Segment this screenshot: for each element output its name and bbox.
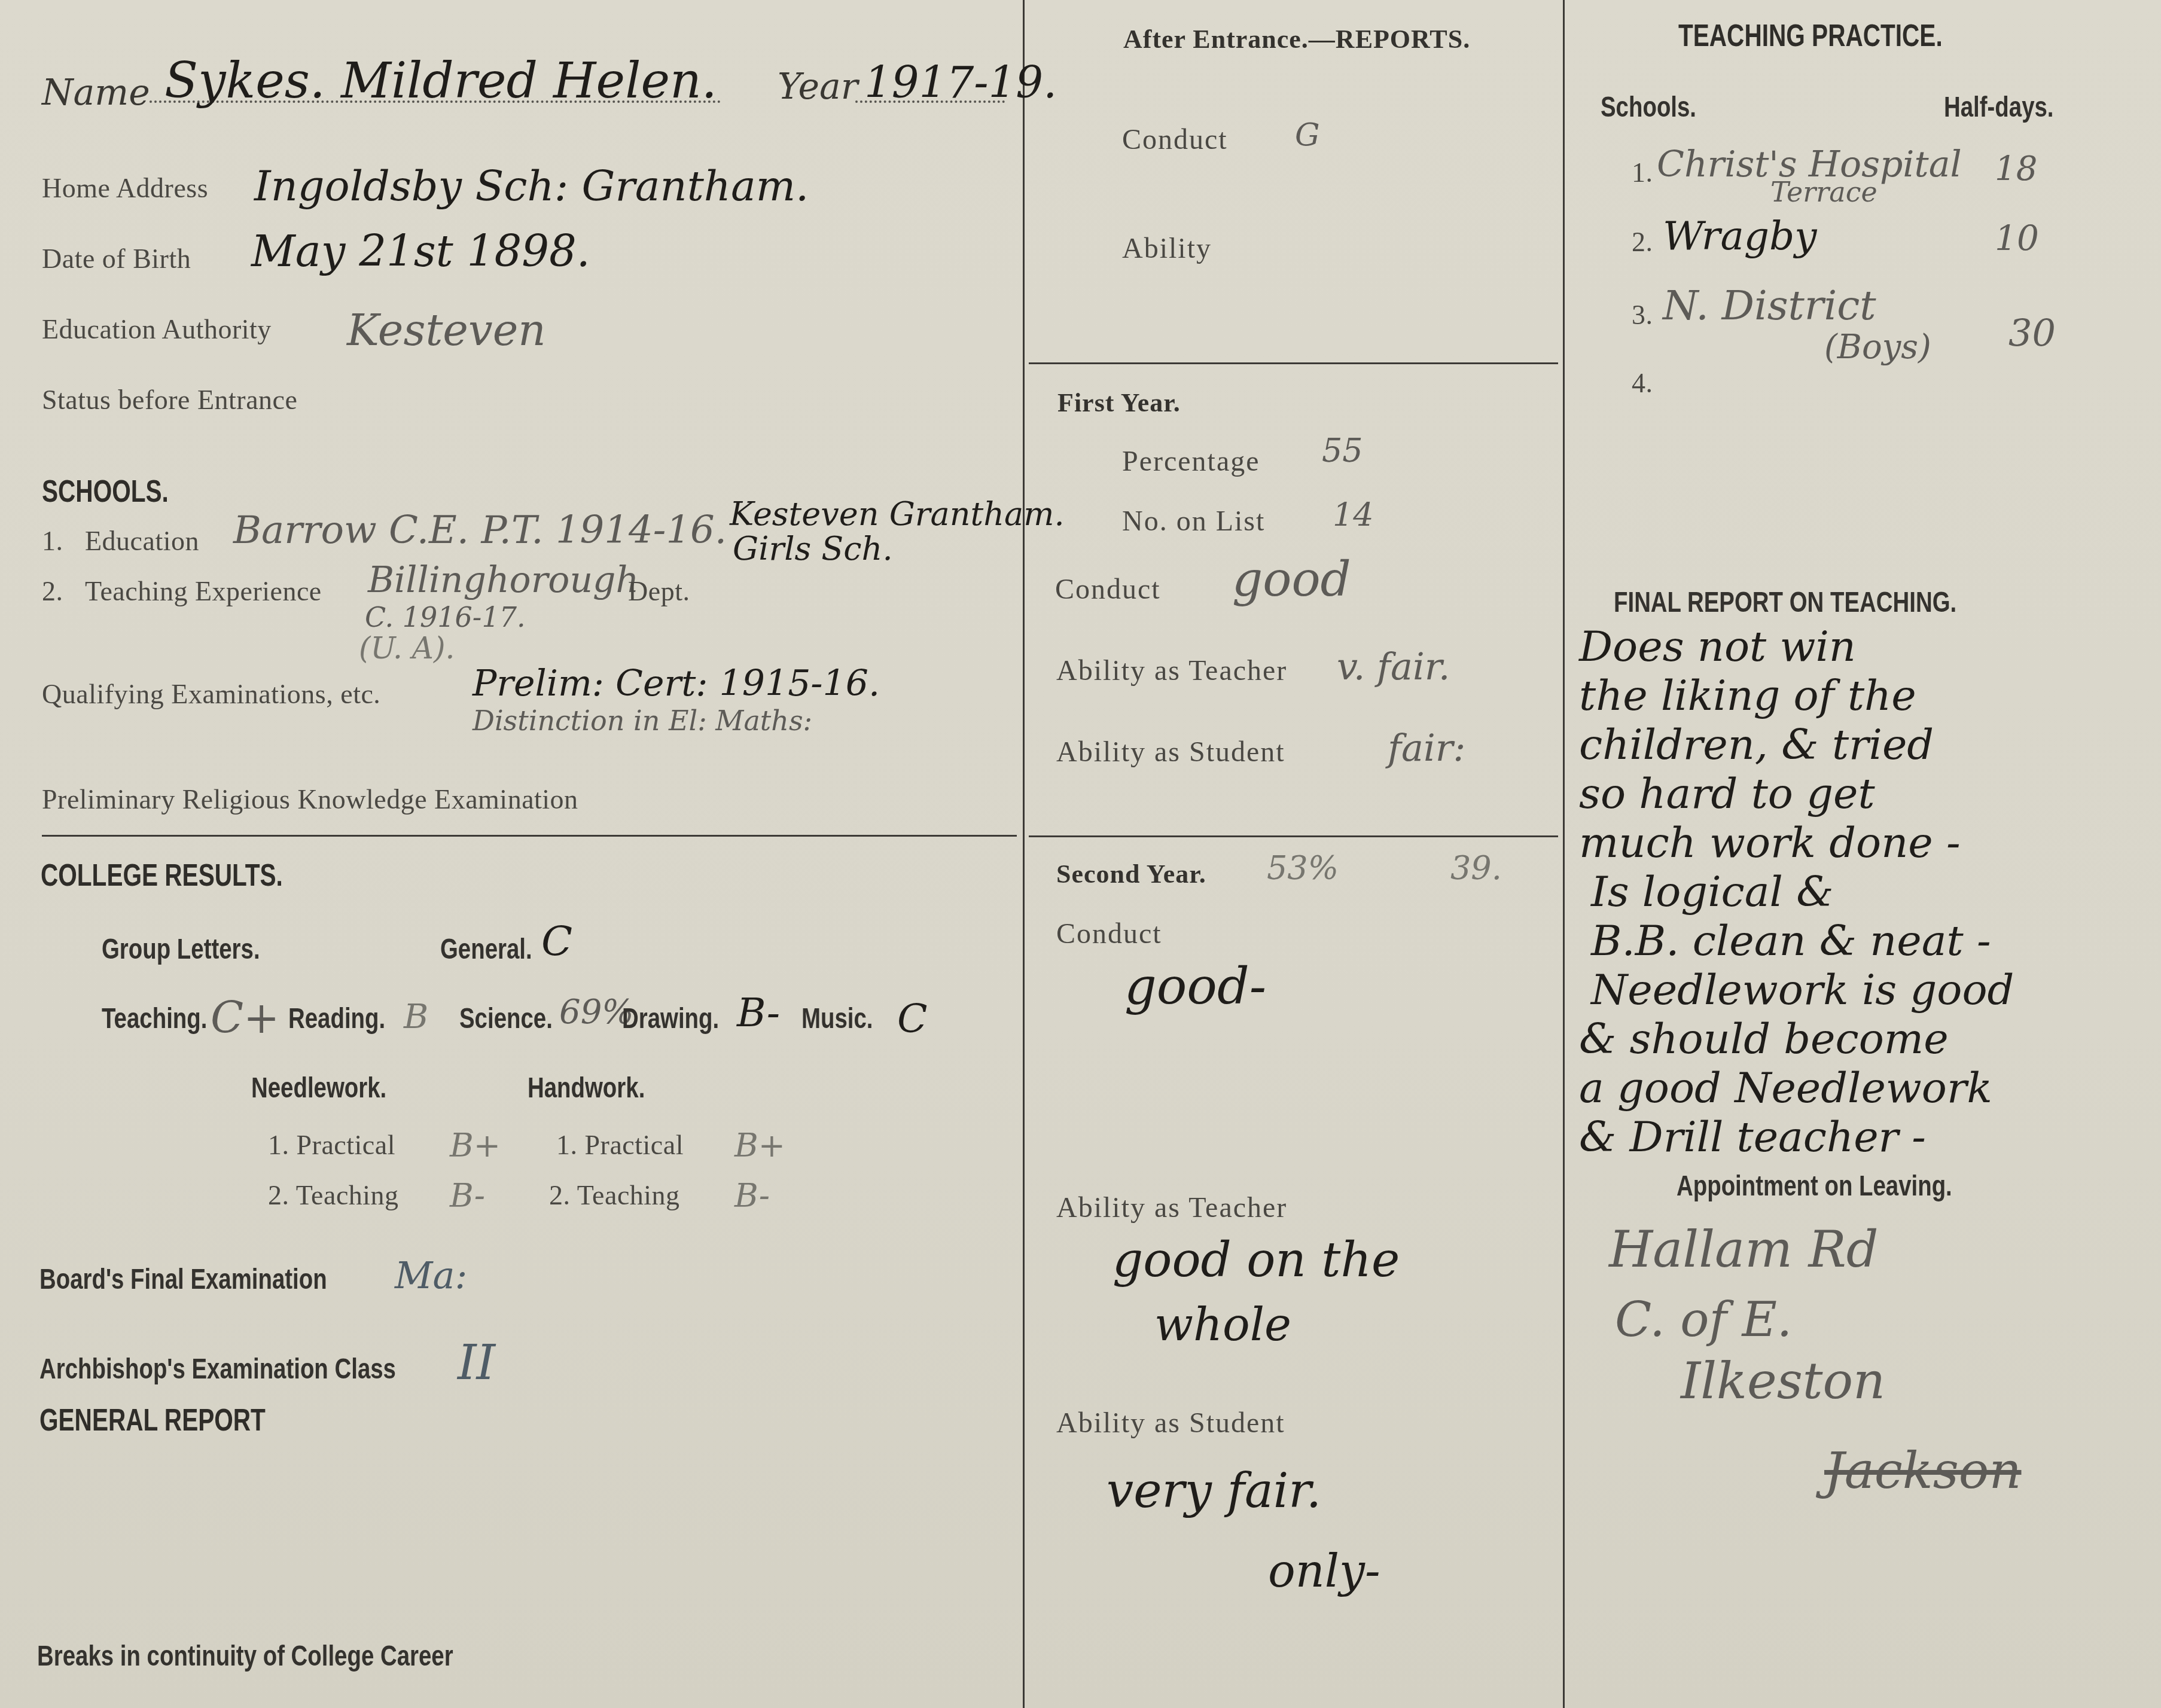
practice-entry-2-school: Wragby bbox=[1663, 213, 1817, 259]
year-label: Year bbox=[778, 66, 858, 108]
column-divider-left bbox=[1023, 0, 1025, 1708]
second-year-conduct-value: good- bbox=[1124, 957, 1266, 1015]
reports-divider-1 bbox=[1029, 362, 1558, 364]
dob-value: May 21st 1898. bbox=[251, 226, 590, 276]
reading-value: B bbox=[404, 998, 428, 1036]
general-report-heading: GENERAL REPORT bbox=[39, 1402, 266, 1438]
handwork-teaching-value: B- bbox=[734, 1177, 770, 1215]
final-report-line-10: a good Needlework bbox=[1579, 1063, 1992, 1112]
second-year-student-label: Ability as Student bbox=[1056, 1407, 1285, 1439]
first-year-student-value: fair: bbox=[1388, 726, 1465, 770]
second-year-student-value-1: very fair. bbox=[1107, 1463, 1321, 1518]
teaching-practice-heading: TEACHING PRACTICE. bbox=[1678, 18, 1943, 54]
first-year-teacher-label: Ability as Teacher bbox=[1056, 654, 1287, 687]
qualifying-examinations-label: Qualifying Examinations, etc. bbox=[42, 678, 380, 710]
first-year-heading: First Year. bbox=[1057, 388, 1181, 418]
reports-divider-2 bbox=[1029, 835, 1558, 837]
appointment-heading: Appointment on Leaving. bbox=[1677, 1170, 1952, 1203]
boards-final-label: Board's Final Examination bbox=[39, 1263, 327, 1296]
final-report-line-9: & should become bbox=[1579, 1014, 1949, 1063]
final-report-line-4: so hard to get bbox=[1579, 769, 1875, 818]
reading-label: Reading. bbox=[288, 1002, 385, 1035]
teaching-practice-schools-label: Schools. bbox=[1601, 91, 1696, 124]
education-authority-value: Kesteven bbox=[347, 305, 546, 355]
practice-entry-2-number: 2. bbox=[1632, 226, 1653, 258]
first-year-conduct-value: good bbox=[1232, 551, 1351, 607]
teaching-experience-dept: Dept. bbox=[628, 575, 690, 607]
status-before-entrance-label: Status before Entrance bbox=[42, 384, 297, 416]
practice-entry-2-halfdays: 10 bbox=[1995, 218, 2039, 258]
breaks-in-continuity-label: Breaks in continuity of College Career bbox=[37, 1640, 453, 1673]
name-value: Sykes. Mildred Helen. bbox=[164, 53, 717, 109]
second-year-student-value-2: only- bbox=[1268, 1544, 1380, 1597]
second-year-conduct-label: Conduct bbox=[1056, 917, 1162, 950]
year-value: 1917-19. bbox=[864, 57, 1057, 108]
final-report-line-3: children, & tried bbox=[1579, 720, 1934, 769]
appointment-line-1: Hallam Rd bbox=[1609, 1220, 1879, 1279]
education-value: Barrow C.E. P.T. 1914-16. bbox=[233, 508, 727, 553]
second-year-percentage-value: 53% bbox=[1267, 849, 1339, 887]
home-address-value: Ingoldsby Sch: Grantham. bbox=[254, 161, 809, 211]
teaching-grade-value: C+ bbox=[211, 993, 279, 1043]
archbishop-exam-label: Archbishop's Examination Class bbox=[39, 1353, 396, 1386]
entrance-ability-label: Ability bbox=[1122, 232, 1212, 265]
science-label: Science. bbox=[459, 1002, 553, 1035]
first-year-no-on-list-label: No. on List bbox=[1122, 505, 1265, 538]
final-report-line-6: Is logical & bbox=[1591, 867, 1833, 916]
entrance-conduct-value: G bbox=[1295, 117, 1320, 153]
home-address-label: Home Address bbox=[42, 172, 208, 204]
practice-entry-1-number: 1. bbox=[1632, 157, 1653, 188]
entrance-conduct-label: Conduct bbox=[1122, 123, 1228, 156]
practice-entry-1-school-2: Terrace bbox=[1770, 176, 1877, 208]
teaching-experience-label: Teaching Experience bbox=[85, 575, 322, 607]
education-authority-label: Education Authority bbox=[42, 313, 272, 345]
drawing-value: B- bbox=[737, 990, 780, 1036]
music-value: C bbox=[897, 996, 928, 1042]
general-value: C bbox=[541, 918, 572, 965]
reports-heading: After Entrance.—REPORTS. bbox=[1123, 24, 1470, 54]
qualifying-examinations-value-2: Distinction in El: Maths: bbox=[473, 704, 812, 737]
group-letters-label: Group Letters. bbox=[102, 933, 260, 966]
appointment-line-3: Ilkeston bbox=[1681, 1352, 1885, 1410]
needlework-teaching-value: B- bbox=[450, 1177, 485, 1215]
practice-entry-3-school-2: (Boys) bbox=[1824, 328, 1931, 367]
qualifying-examinations-value: Prelim: Cert: 1915-16. bbox=[473, 663, 880, 704]
needlework-label: Needlework. bbox=[251, 1072, 386, 1105]
first-year-percentage-label: Percentage bbox=[1122, 445, 1260, 478]
final-report-line-1: Does not win bbox=[1579, 622, 1856, 671]
first-year-conduct-label: Conduct bbox=[1055, 573, 1161, 606]
first-year-percentage-value: 55 bbox=[1322, 432, 1363, 469]
handwork-label: Handwork. bbox=[528, 1072, 645, 1105]
second-year-teacher-label: Ability as Teacher bbox=[1056, 1191, 1287, 1224]
column-divider-right bbox=[1563, 0, 1565, 1708]
name-label: Name bbox=[42, 72, 150, 114]
education-number: 1. bbox=[42, 525, 63, 557]
final-report-heading: FINAL REPORT ON TEACHING. bbox=[1614, 586, 1956, 619]
needlework-practical-label: 1. Practical bbox=[268, 1129, 395, 1161]
first-year-student-label: Ability as Student bbox=[1056, 736, 1285, 768]
student-record-card: Name Sykes. Mildred Helen. Year 1917-19.… bbox=[0, 0, 2161, 1708]
final-report-line-11: & Drill teacher - bbox=[1579, 1112, 1926, 1161]
needlework-teaching-label: 2. Teaching bbox=[268, 1179, 399, 1211]
needlework-practical-value: B+ bbox=[450, 1127, 501, 1164]
teaching-experience-number: 2. bbox=[42, 575, 63, 607]
education-label: Education bbox=[85, 525, 199, 557]
left-section-divider bbox=[42, 835, 1017, 837]
second-year-no-on-list-value: 39. bbox=[1450, 849, 1502, 887]
final-report-line-7: B.B. clean & neat - bbox=[1591, 916, 1991, 965]
general-label: General. bbox=[440, 933, 532, 966]
second-year-teacher-value-2: whole bbox=[1154, 1298, 1291, 1351]
boards-final-value: Ma: bbox=[395, 1253, 467, 1297]
education-value-3: Girls Sch. bbox=[733, 530, 893, 568]
religious-knowledge-label: Preliminary Religious Knowledge Examinat… bbox=[42, 783, 578, 815]
second-year-teacher-value-1: good on the bbox=[1112, 1232, 1400, 1288]
music-label: Music. bbox=[801, 1002, 873, 1035]
dob-label: Date of Birth bbox=[42, 243, 191, 274]
college-results-heading: COLLEGE RESULTS. bbox=[41, 858, 283, 893]
final-report-line-8: Needlework is good bbox=[1591, 965, 2014, 1014]
practice-entry-3-number: 3. bbox=[1632, 299, 1653, 331]
teaching-experience-value-3: (U. A). bbox=[359, 631, 455, 666]
practice-entry-3-halfdays: 30 bbox=[2008, 311, 2056, 355]
final-report-line-5: much work done - bbox=[1579, 818, 1961, 867]
teaching-experience-value-2: C. 1916-17. bbox=[365, 601, 526, 633]
practice-entry-1-halfdays: 18 bbox=[1995, 150, 2037, 188]
archbishop-exam-value: II bbox=[458, 1335, 495, 1390]
second-year-heading: Second Year. bbox=[1056, 859, 1206, 889]
teaching-grade-label: Teaching. bbox=[102, 1002, 207, 1035]
first-year-no-on-list-value: 14 bbox=[1333, 496, 1374, 534]
practice-entry-3-school: N. District bbox=[1663, 282, 1876, 330]
teaching-experience-value: Billinghorough bbox=[368, 559, 639, 601]
appointment-line-2: C. of E. bbox=[1615, 1292, 1792, 1347]
appointment-signature: Jackson bbox=[1824, 1441, 2021, 1500]
final-report-line-2: the liking of the bbox=[1579, 671, 1916, 720]
drawing-label: Drawing. bbox=[622, 1002, 719, 1035]
handwork-practical-label: 1. Practical bbox=[556, 1129, 684, 1161]
handwork-teaching-label: 2. Teaching bbox=[549, 1179, 680, 1211]
first-year-teacher-value: v. fair. bbox=[1337, 645, 1450, 688]
practice-entry-4-number: 4. bbox=[1632, 367, 1653, 399]
education-value-2: Kesteven Grantham. bbox=[730, 495, 1065, 533]
handwork-practical-value: B+ bbox=[734, 1127, 785, 1164]
schools-heading: SCHOOLS. bbox=[42, 474, 169, 510]
teaching-practice-halfdays-label: Half-days. bbox=[1944, 91, 2054, 124]
